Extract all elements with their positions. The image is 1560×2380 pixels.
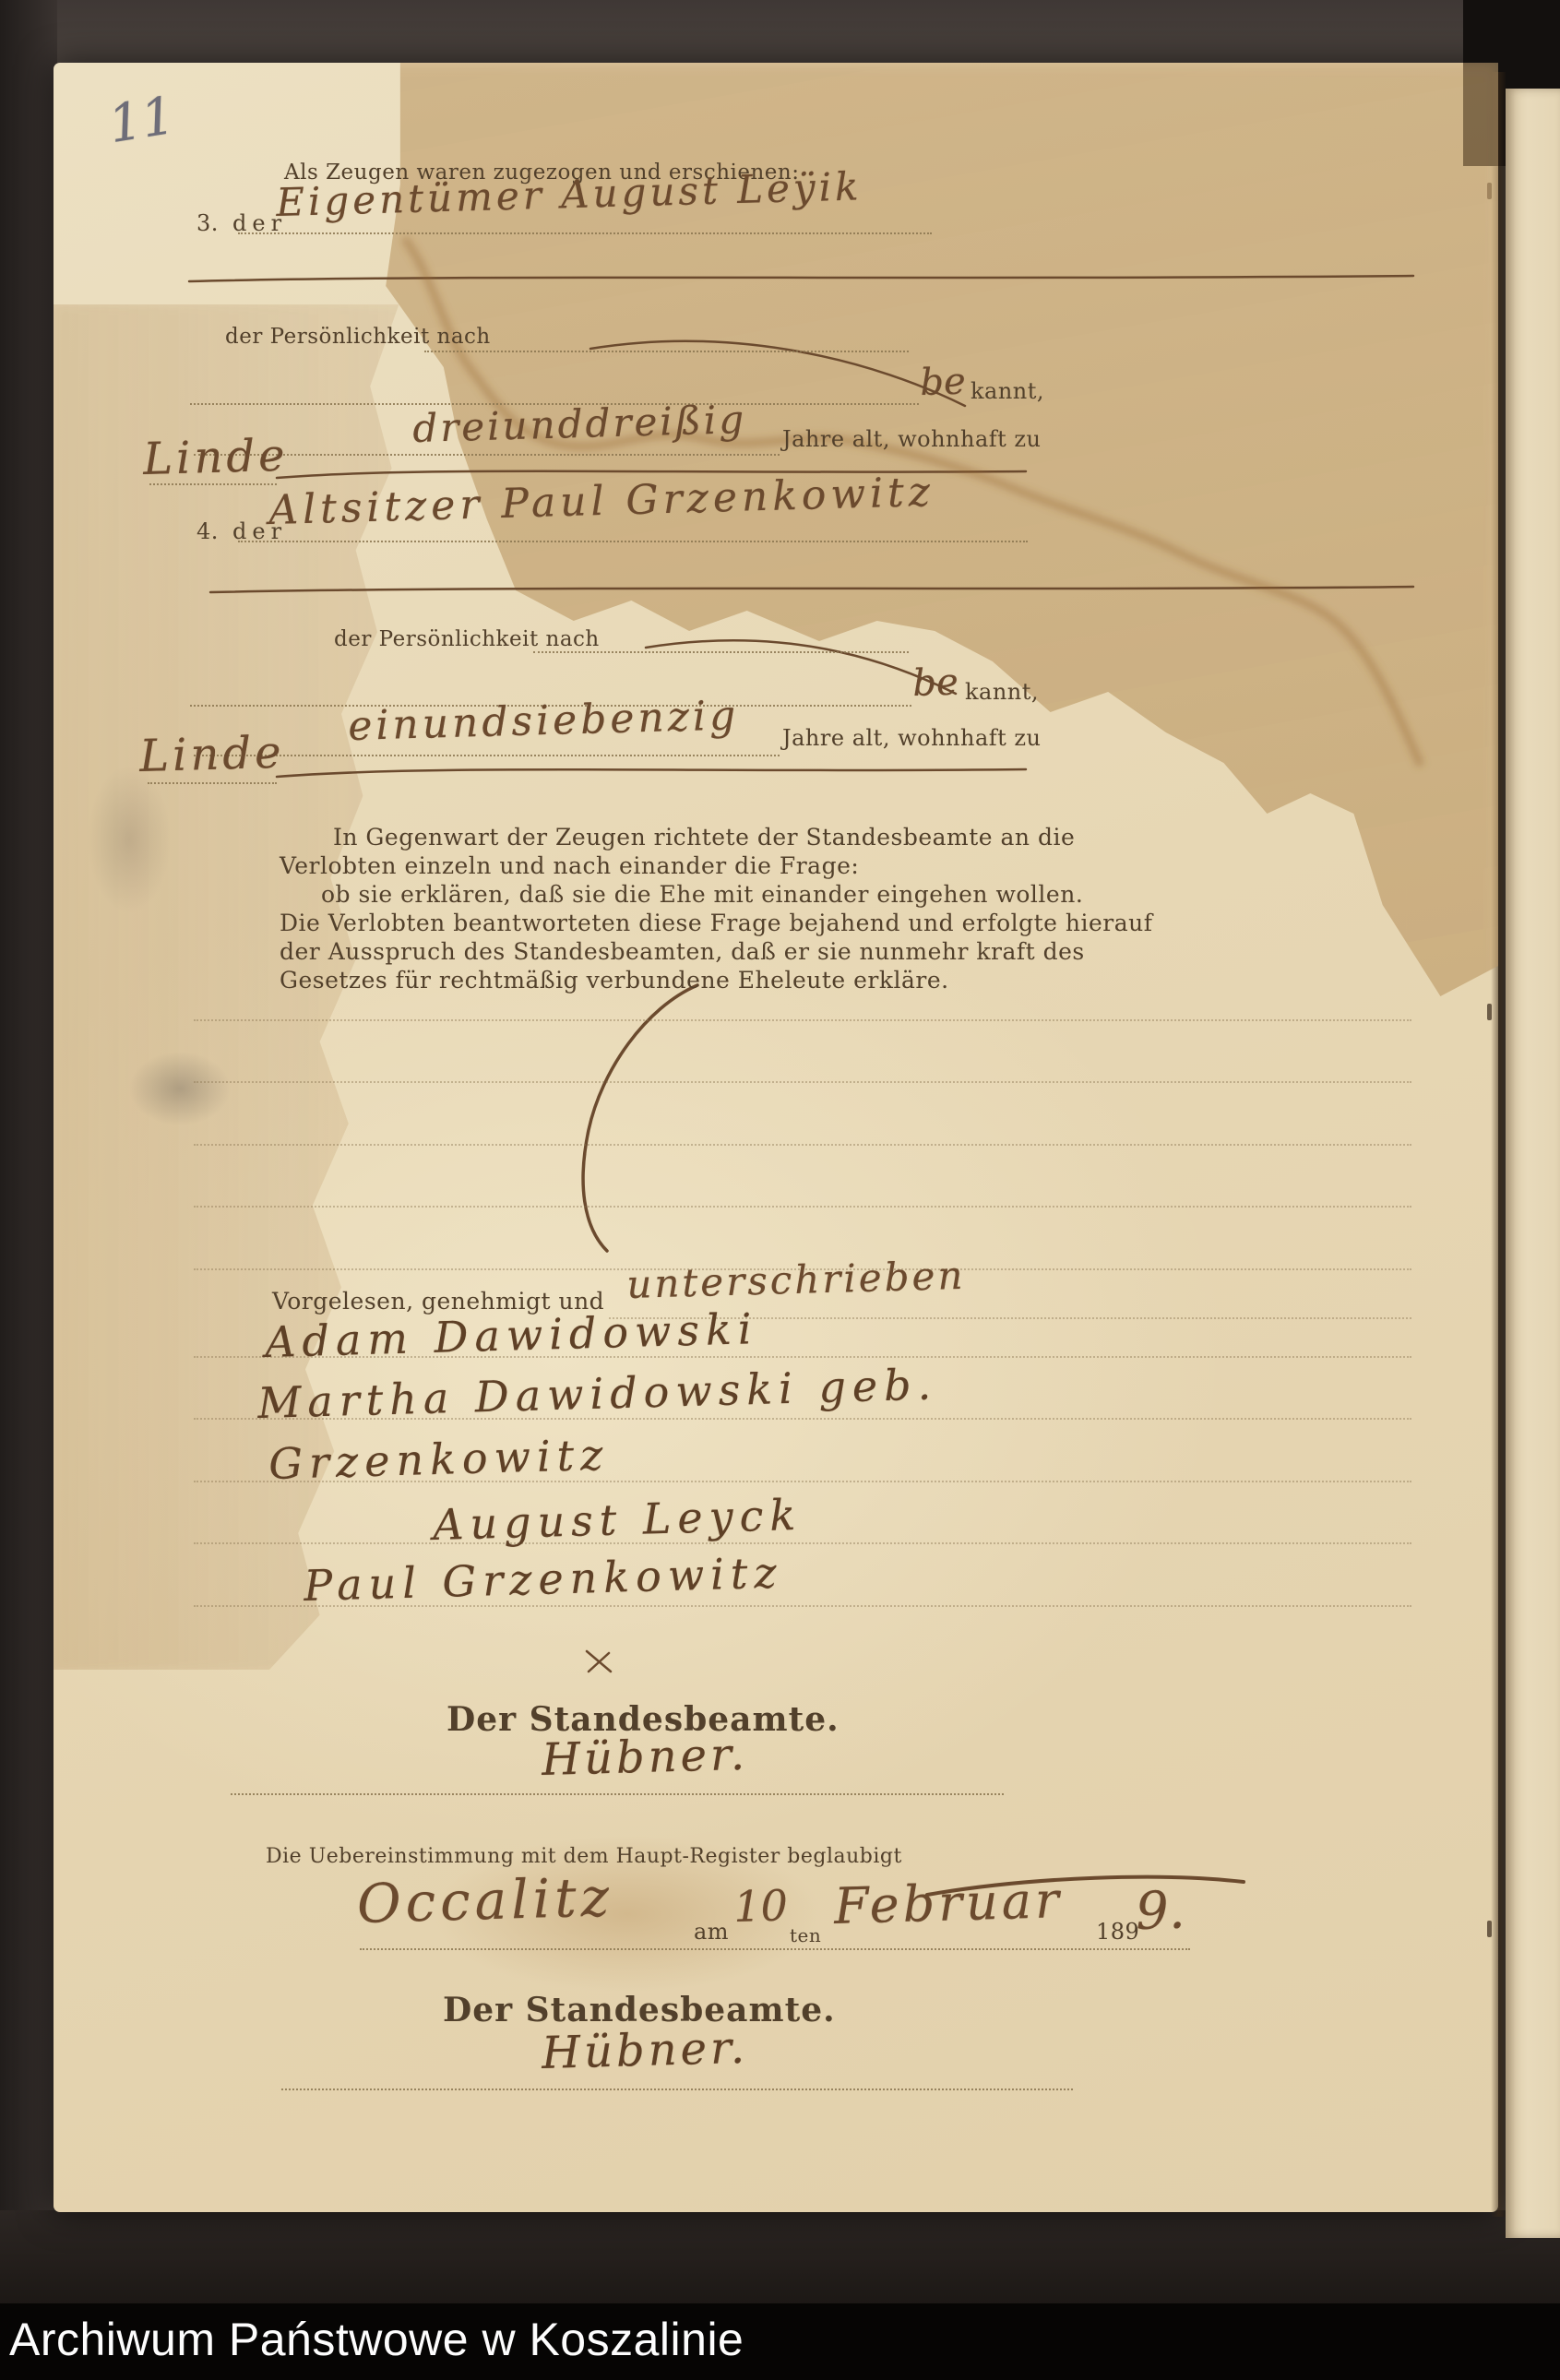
ruled-line [194, 1081, 1411, 1083]
declaration-line: Gesetzes für rechtmäßig verbundene Ehele… [280, 967, 949, 994]
registrar1-signature: Hübner. [541, 1729, 748, 1786]
declaration-line: ob sie erklären, daß sie die Ehe mit ein… [321, 881, 1083, 908]
next-page-edge [1506, 89, 1560, 2238]
date-year-printed: 189 [1096, 1919, 1139, 1945]
declaration-line: In Gegenwart der Zeugen richtete der Sta… [333, 824, 1075, 851]
fill-line [238, 232, 932, 234]
age1-residence-handwritten: Linde [142, 430, 289, 485]
personality1-be-handwritten: be [920, 361, 967, 404]
age1-printed: Jahre alt, wohnhaft zu [782, 426, 1042, 452]
declaration-line: Verlobten einzeln und nach einander die … [280, 852, 859, 879]
page-number-pencil: 11 [104, 86, 179, 155]
backdrop-top [0, 0, 1560, 65]
backdrop-bottom [0, 2210, 1560, 2312]
date-day-handwritten: 10 [732, 1880, 788, 1932]
certification-line: Die Uebereinstimmung mit dem Haupt-Regis… [266, 1845, 902, 1868]
fill-line [238, 541, 1028, 542]
row3-number: 3. [196, 210, 219, 236]
personality2-kannt: kannt, [965, 679, 1039, 705]
age2-residence-handwritten: Linde [138, 727, 285, 782]
date-place-handwritten: Occalitz [356, 1865, 614, 1935]
personality2-label: der Persönlichkeit nach [334, 627, 600, 651]
date-month-handwritten: Februar [833, 1871, 1063, 1935]
closing-handwritten: unterschrieben [626, 1253, 966, 1307]
fill-line [231, 1793, 1004, 1795]
row4-number: 4. [196, 518, 219, 544]
ruled-line [194, 1206, 1411, 1208]
declaration-line: der Ausspruch des Standesbeamten, daß er… [280, 938, 1085, 965]
backdrop-left [0, 0, 57, 2306]
archive-scan: 11 Als Zeugen waren zugezogen und erschi… [0, 0, 1560, 2380]
age1-handwritten: dreiunddreißig [412, 397, 747, 451]
ruled-line [194, 1542, 1411, 1544]
ruled-line [194, 1144, 1411, 1146]
fill-line [533, 651, 909, 653]
archive-caption-bar: Archiwum Państwowe w Koszalinie [0, 2303, 1560, 2380]
registrar2-title: Der Standesbeamte. [443, 1991, 836, 2029]
binding-stitch [1487, 1921, 1492, 1937]
date-year-digit-handwritten: 9. [1135, 1881, 1185, 1942]
personality2-be-handwritten: be [912, 661, 959, 705]
signature-grzenkowitz: Grzenkowitz [268, 1430, 610, 1489]
fill-line [281, 2088, 1073, 2090]
archive-caption-text: Archiwum Państwowe w Koszalinie [9, 2313, 744, 2366]
registrar2-signature: Hübner. [541, 2022, 748, 2079]
binding-stitch [1487, 1004, 1492, 1020]
ink-smudge [129, 1052, 231, 1125]
declaration-line: Die Verlobten beantworteten diese Frage … [280, 910, 1153, 936]
fill-line [148, 782, 277, 784]
date-ten: ten [790, 1924, 821, 1946]
fill-line [360, 1948, 1190, 1950]
ruled-line [194, 1019, 1411, 1021]
shadow-smudge [88, 766, 171, 913]
signature-august-leyck: August Leyck [432, 1490, 802, 1550]
personality1-label: der Persönlichkeit nach [225, 325, 491, 349]
personality1-kannt: kannt, [971, 378, 1044, 404]
fill-line [424, 351, 909, 352]
date-am: am [694, 1919, 729, 1945]
age2-printed: Jahre alt, wohnhaft zu [782, 725, 1042, 751]
